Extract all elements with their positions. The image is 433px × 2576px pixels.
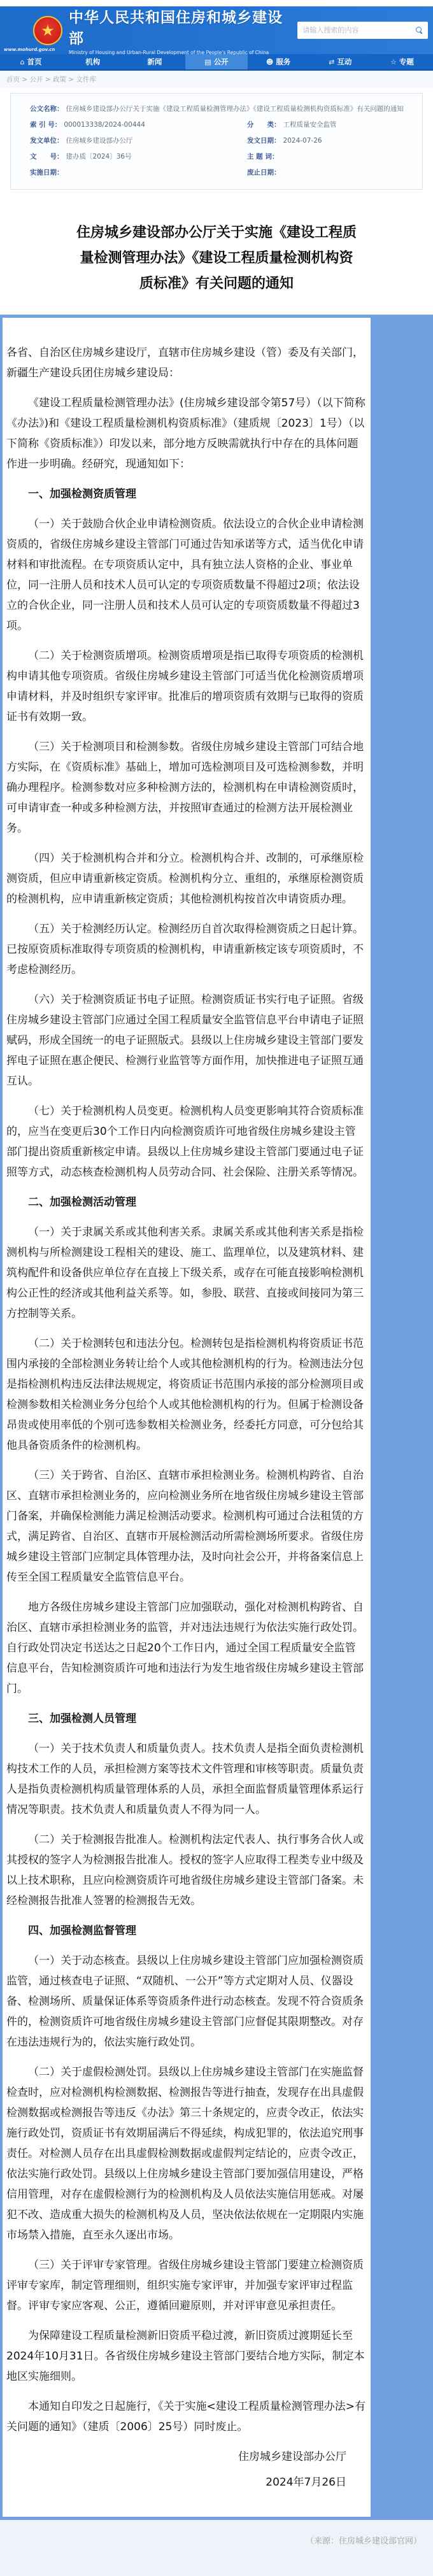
meta-issue-date: 发文日期：2024-07-26 xyxy=(247,134,404,147)
main-nav: ⌂ 首页 机构 新闻 ▤ 公开 ☻ 服务 ⇄ 互动 ☆ 专题 xyxy=(0,54,433,71)
signature-line: 2024年7月26日 xyxy=(6,2472,366,2493)
paragraph: （四）关于检测机构合并和分立。检测机构合并、改制的，可承继原检测资质，但应申请重… xyxy=(6,848,366,909)
home-icon: ⌂ xyxy=(20,58,25,66)
meta-value: 建办质〔2024〕36号 xyxy=(66,153,132,160)
site-title-block: 中华人民共和国住房和城乡建设部 Ministry of Housing and … xyxy=(69,6,297,55)
search-box[interactable] xyxy=(297,22,428,39)
person-icon: ☻ xyxy=(266,58,273,66)
star-icon: ☆ xyxy=(390,58,397,66)
document-body: 各省、自治区住房城乡建设厅，直辖市住房城乡建设（管）委及有关部门，新疆生产建设兵… xyxy=(3,318,371,2517)
paragraph: （七）关于检测机构人员变更。检测机构人员变更影响其符合资质标准的，应当在变更后3… xyxy=(6,1101,366,1183)
meta-value: 住房城乡建设部办公厅关于实施《建设工程质量检测管理办法》《建设工程质量检测机构资… xyxy=(66,105,404,113)
meta-value: 000013338/2024-00444 xyxy=(64,121,145,129)
section-heading: 二、加强检测活动管理 xyxy=(6,1192,366,1213)
nav-item-orgs[interactable]: 机构 xyxy=(62,54,124,69)
meta-label: 分 类： xyxy=(247,121,281,129)
page-title: 住房城乡建设部办公厅关于实施《建设工程质量检测管理办法》《建设工程质量检测机构资… xyxy=(76,220,357,297)
nav-label: 新闻 xyxy=(147,57,162,67)
meta-value: 住房城乡建设部办公厅 xyxy=(66,137,133,145)
page: ★ 中华人民共和国住房和城乡建设部 Ministry of Housing an… xyxy=(0,0,433,2576)
meta-label: 实施日期： xyxy=(30,169,64,176)
paragraph: 地方各级住房城乡建设主管部门应加强联动，强化对检测机构跨省、自治区、直辖市承担检… xyxy=(6,1597,366,1699)
paragraph: 本通知自印发之日起施行，《关于实施<建设工程质量检测管理办法>有关问题的通知》（… xyxy=(6,2396,366,2437)
nav-label: 公开 xyxy=(214,57,229,67)
nav-label: 首页 xyxy=(27,57,42,67)
nav-label: 机构 xyxy=(85,57,100,67)
signature-line: 住房城乡建设部办公厅 xyxy=(6,2447,366,2467)
nav-label: 服务 xyxy=(276,57,290,67)
search-icon[interactable] xyxy=(416,27,423,34)
nav-item-services[interactable]: ☻ 服务 xyxy=(248,54,309,69)
chat-icon: ⇄ xyxy=(329,58,334,66)
breadcrumb-text: 首页 > 公开 > 政策 > 文件库 xyxy=(6,75,96,84)
meta-label: 索 引 号： xyxy=(30,121,61,129)
meta-value: 2024-07-26 xyxy=(283,137,322,145)
meta-doc-number: 文 号：建办质〔2024〕36号 xyxy=(30,150,247,163)
search-input[interactable] xyxy=(302,26,416,34)
meta-category: 分 类：工程质量安全监管 xyxy=(247,118,404,131)
paragraph: 《建设工程质量检测管理办法》(住房城乡建设部令第57号）（以下简称《办法》)和《… xyxy=(6,393,366,474)
paragraph: 为保障建设工程质量检测新旧资质平稳过渡，新旧资质过渡期延长至2024年10月31… xyxy=(6,2326,366,2387)
paragraph: （五）关于检测经历认定。检测经历自首次取得检测资质之日起计算。已按原资质标准取得… xyxy=(6,919,366,980)
emblem-star-icon: ★ xyxy=(41,23,55,38)
site-header: ★ 中华人民共和国住房和城乡建设部 Ministry of Housing an… xyxy=(0,6,433,54)
nav-item-disclosure[interactable]: ▤ 公开 xyxy=(185,54,247,69)
article-content-section: 各省、自治区住房城乡建设厅，直辖市住房城乡建设（管）委及有关部门，新疆生产建设兵… xyxy=(0,315,433,2520)
site-url: www.mohurd.gov.cn xyxy=(4,47,55,52)
paragraph: （三）关于跨省、自治区、直辖市承担检测业务。检测机构跨省、自治区、直辖市承担检测… xyxy=(6,1465,366,1588)
site-title-english: Ministry of Housing and Urban-Rural Deve… xyxy=(69,50,297,55)
paragraph: （六）关于检测资质证书电子证照。检测资质证书实行电子证照。省级住房城乡建设主管部… xyxy=(6,990,366,1092)
nav-item-interaction[interactable]: ⇄ 互动 xyxy=(309,54,371,69)
meta-subject-words: 主 题 词： xyxy=(247,150,404,163)
paragraph: （二）关于检测资质增项。检测资质增项是指已取得专项资质的检测机构申请其他专项资质… xyxy=(6,646,366,727)
meta-label: 发文单位： xyxy=(30,137,64,145)
paragraph: （一）关于隶属关系或其他利害关系。隶属关系或其他利害关系是指检测机构与所检测建设… xyxy=(6,1222,366,1324)
paragraph: （一）关于技术负责人和质量负责人。技术负责人是指全面负责检测机构技术工作的人员，… xyxy=(6,1739,366,1820)
section-heading: 一、加强检测资质管理 xyxy=(6,484,366,504)
paragraph: （二）关于检测转包和违法分包。检测转包是指检测机构将资质证书范围内承接的全部检测… xyxy=(6,1334,366,1456)
document-meta-section: 公文名称：住房城乡建设部办公厅关于实施《建设工程质量检测管理办法》《建设工程质量… xyxy=(0,88,433,200)
national-emblem-icon: ★ xyxy=(33,16,62,45)
nav-item-news[interactable]: 新闻 xyxy=(124,54,185,69)
meta-label: 废止日期： xyxy=(247,169,281,176)
meta-index-number: 索 引 号：000013338/2024-00444 xyxy=(30,118,247,131)
meta-label: 发文日期： xyxy=(247,137,281,145)
meta-effective-date: 实施日期： xyxy=(30,166,247,179)
nav-item-home[interactable]: ⌂ 首页 xyxy=(0,54,62,69)
paragraph: （二）关于虚假检测处罚。县级以上住房城乡建设主管部门在实施监督检查时，应对检测机… xyxy=(6,2062,366,2245)
footer: （来源：住房城乡建设部官网） xyxy=(0,2520,433,2576)
document-icon: ▤ xyxy=(204,58,211,66)
paragraph: 各省、自治区住房城乡建设厅，直辖市住房城乡建设（管）委及有关部门，新疆生产建设兵… xyxy=(6,343,366,383)
meta-label: 主 题 词： xyxy=(247,153,278,160)
paragraph: （三）关于检测项目和检测参数。省级住房城乡建设主管部门可结合地方实际，在《资质标… xyxy=(6,737,366,839)
nav-label: 专题 xyxy=(399,57,414,67)
document-meta-box: 公文名称：住房城乡建设部办公厅关于实施《建设工程质量检测管理办法》《建设工程质量… xyxy=(10,93,423,190)
section-heading: 三、加强检测人员管理 xyxy=(6,1709,366,1729)
nav-item-topics[interactable]: ☆ 专题 xyxy=(371,54,433,69)
source-attribution: （来源：住房城乡建设部官网） xyxy=(0,2534,422,2546)
breadcrumb[interactable]: 首页 > 公开 > 政策 > 文件库 xyxy=(0,71,433,88)
meta-label: 公文名称： xyxy=(30,105,64,113)
paragraph: （一）关于动态核查。县级以上住房城乡建设主管部门应加强检测资质监管，通过核查电子… xyxy=(6,1951,366,2053)
meta-label: 文 号： xyxy=(30,153,64,160)
article-title-section: 住房城乡建设部办公厅关于实施《建设工程质量检测管理办法》《建设工程质量检测机构资… xyxy=(0,200,433,315)
meta-repeal-date: 废止日期： xyxy=(247,166,404,179)
meta-value: 工程质量安全监管 xyxy=(283,121,337,129)
site-title: 中华人民共和国住房和城乡建设部 xyxy=(69,6,297,48)
paragraph: （三）关于评审专家管理。省级住房城乡建设主管部门要建立检测资质评审专家库，制定管… xyxy=(6,2255,366,2316)
paragraph: （一）关于鼓励合伙企业申请检测资质。依法设立的合伙企业申请检测资质的，省级住房城… xyxy=(6,514,366,636)
section-heading: 四、加强检测监督管理 xyxy=(6,1921,366,1941)
meta-doc-name: 公文名称：住房城乡建设部办公厅关于实施《建设工程质量检测管理办法》《建设工程质量… xyxy=(30,103,404,115)
meta-issuing-unit: 发文单位：住房城乡建设部办公厅 xyxy=(30,134,247,147)
paragraph: （二）关于检测报告批准人。检测机构法定代表人、执行事务合伙人或其授权的签字人为检… xyxy=(6,1830,366,1911)
nav-label: 互动 xyxy=(337,57,351,67)
